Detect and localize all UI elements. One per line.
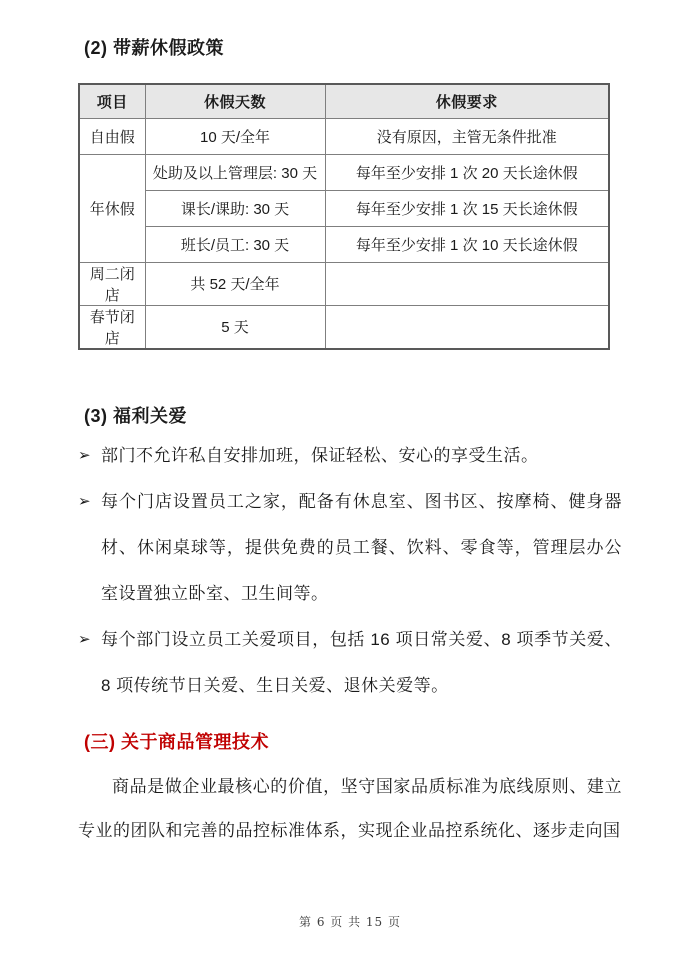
cell-item: 周二闭店	[79, 262, 145, 305]
table-row: 春节闭店 5 天	[79, 305, 609, 349]
cell-requirement: 每年至少安排 1 次 20 天长途休假	[325, 154, 609, 190]
bullet-text: 每个门店设置员工之家，配备有休息室、图书区、按摩椅、健身器材、休闲桌球等，提供免…	[101, 492, 622, 603]
arrow-bullet-icon: ➢	[78, 433, 91, 479]
cell-item-annual-leave: 年休假	[79, 154, 145, 262]
section-heading-welfare: (3) 福利关爱	[84, 404, 622, 428]
cell-item: 自由假	[79, 118, 145, 154]
table-header-row: 项目 休假天数 休假要求	[79, 84, 609, 118]
cell-days: 10 天/全年	[145, 118, 325, 154]
document-page: (2) 带薪休假政策 项目 休假天数 休假要求 自由假 10 天/全年 没有原因…	[0, 0, 700, 963]
cell-days: 班长/员工: 30 天	[145, 226, 325, 262]
cell-requirement	[325, 305, 609, 349]
arrow-bullet-icon: ➢	[78, 479, 91, 525]
cell-requirement: 没有原因，主管无条件批准	[325, 118, 609, 154]
table-row: 课长/课助: 30 天 每年至少安排 1 次 15 天长途休假	[79, 190, 609, 226]
cell-requirement	[325, 262, 609, 305]
cell-days: 处助及以上管理层: 30 天	[145, 154, 325, 190]
column-header-requirement: 休假要求	[325, 84, 609, 118]
page-number-footer: 第 6 页 共 15 页	[0, 913, 700, 930]
bullet-text: 部门不允许私自安排加班，保证轻松、安心的享受生活。	[101, 446, 539, 465]
section-heading-paid-leave: (2) 带薪休假政策	[84, 36, 622, 60]
cell-days: 课长/课助: 30 天	[145, 190, 325, 226]
bullet-item: ➢ 每个门店设置员工之家，配备有休息室、图书区、按摩椅、健身器材、休闲桌球等，提…	[78, 479, 622, 617]
cell-requirement: 每年至少安排 1 次 10 天长途休假	[325, 226, 609, 262]
leave-policy-table: 项目 休假天数 休假要求 自由假 10 天/全年 没有原因，主管无条件批准 年休…	[78, 83, 610, 350]
product-management-paragraph: 商品是做企业最核心的价值，坚守国家品质标准为底线原则、建立专业的团队和完善的品控…	[78, 765, 622, 853]
arrow-bullet-icon: ➢	[78, 617, 91, 663]
bullet-item: ➢ 每个部门设立员工关爱项目，包括 16 项日常关爱、8 项季节关爱、8 项传统…	[78, 617, 622, 709]
table-row: 年休假 处助及以上管理层: 30 天 每年至少安排 1 次 20 天长途休假	[79, 154, 609, 190]
table-row: 自由假 10 天/全年 没有原因，主管无条件批准	[79, 118, 609, 154]
cell-requirement: 每年至少安排 1 次 15 天长途休假	[325, 190, 609, 226]
table-row: 班长/员工: 30 天 每年至少安排 1 次 10 天长途休假	[79, 226, 609, 262]
cell-item: 春节闭店	[79, 305, 145, 349]
column-header-days: 休假天数	[145, 84, 325, 118]
welfare-bullet-list: ➢ 部门不允许私自安排加班，保证轻松、安心的享受生活。 ➢ 每个门店设置员工之家…	[78, 433, 622, 709]
table-row: 周二闭店 共 52 天/全年	[79, 262, 609, 305]
section-heading-product-management: (三) 关于商品管理技术	[84, 730, 622, 754]
cell-days: 共 52 天/全年	[145, 262, 325, 305]
bullet-item: ➢ 部门不允许私自安排加班，保证轻松、安心的享受生活。	[78, 433, 622, 479]
bullet-text: 每个部门设立员工关爱项目，包括 16 项日常关爱、8 项季节关爱、8 项传统节日…	[101, 630, 622, 695]
column-header-item: 项目	[79, 84, 145, 118]
cell-days: 5 天	[145, 305, 325, 349]
